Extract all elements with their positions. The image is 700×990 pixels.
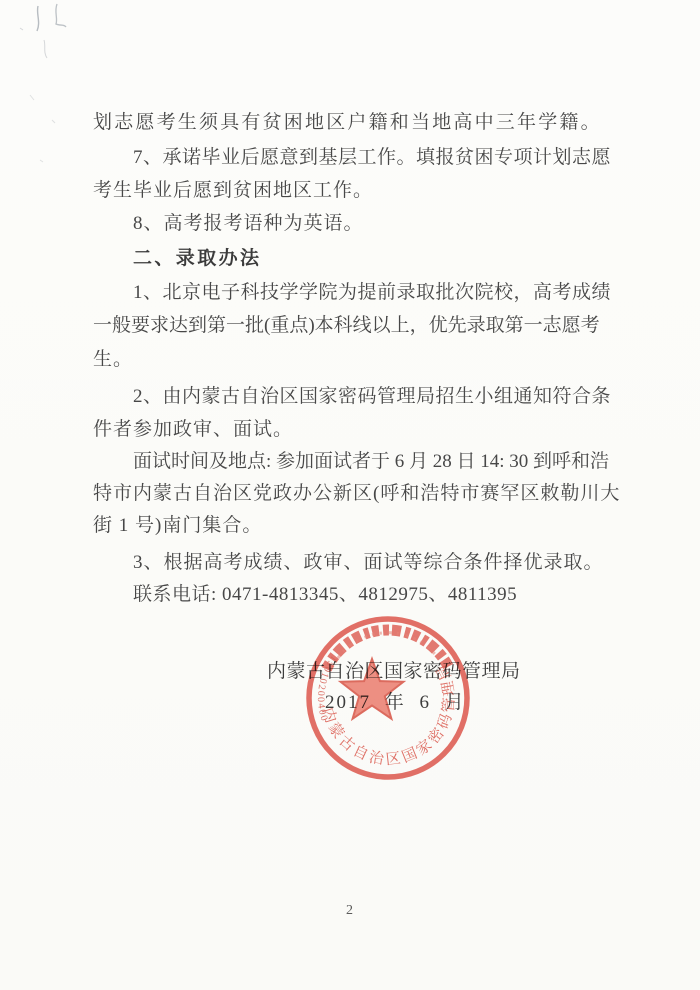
section-heading: 二、录取办法 bbox=[133, 248, 261, 270]
text-line: 件者参加政审、面试。 bbox=[93, 419, 293, 441]
text-line: 3、根据高考成绩、政审、面试等综合条件择优录取。 bbox=[133, 552, 604, 574]
text-line: 考生毕业后愿到贫困地区工作。 bbox=[93, 180, 373, 202]
text-line: 2、由内蒙古自治区国家密码管理局招生小组通知符合条 bbox=[133, 386, 611, 408]
text-line: 一般要求达到第一批(重点)本科线以上，优先录取第一志愿考 bbox=[93, 315, 600, 337]
text-line: 生。 bbox=[93, 349, 133, 371]
text-line: 8、高考报考语种为英语。 bbox=[133, 213, 364, 235]
text-line: 街 1 号)南门集合。 bbox=[93, 515, 262, 537]
page-number: 2 bbox=[0, 903, 700, 919]
text-line: 面试时间及地点: 参加面试者于 6 月 28 日 14: 30 到呼和浩 bbox=[133, 451, 609, 473]
signature-organization: 内蒙古自治区国家密码管理局 bbox=[267, 656, 521, 683]
signature-date: 2017 年 6 月 bbox=[325, 687, 466, 714]
text-line: 特市内蒙古自治区党政办公新区(呼和浩特市赛罕区敕勒川大 bbox=[93, 483, 620, 505]
text-line: 划志愿考生须具有贫困地区户籍和当地高中三年学籍。 bbox=[93, 112, 602, 134]
scan-artifact-marks bbox=[0, 0, 140, 200]
scanned-document-page: 划志愿考生须具有贫困地区户籍和当地高中三年学籍。 7、承诺毕业后愿意到基层工作。… bbox=[0, 0, 700, 990]
text-line: 1、北京电子科技学学院为提前录取批次院校，高考成绩 bbox=[133, 282, 611, 304]
text-line: 7、承诺毕业后愿意到基层工作。填报贫困专项计划志愿 bbox=[133, 147, 611, 169]
